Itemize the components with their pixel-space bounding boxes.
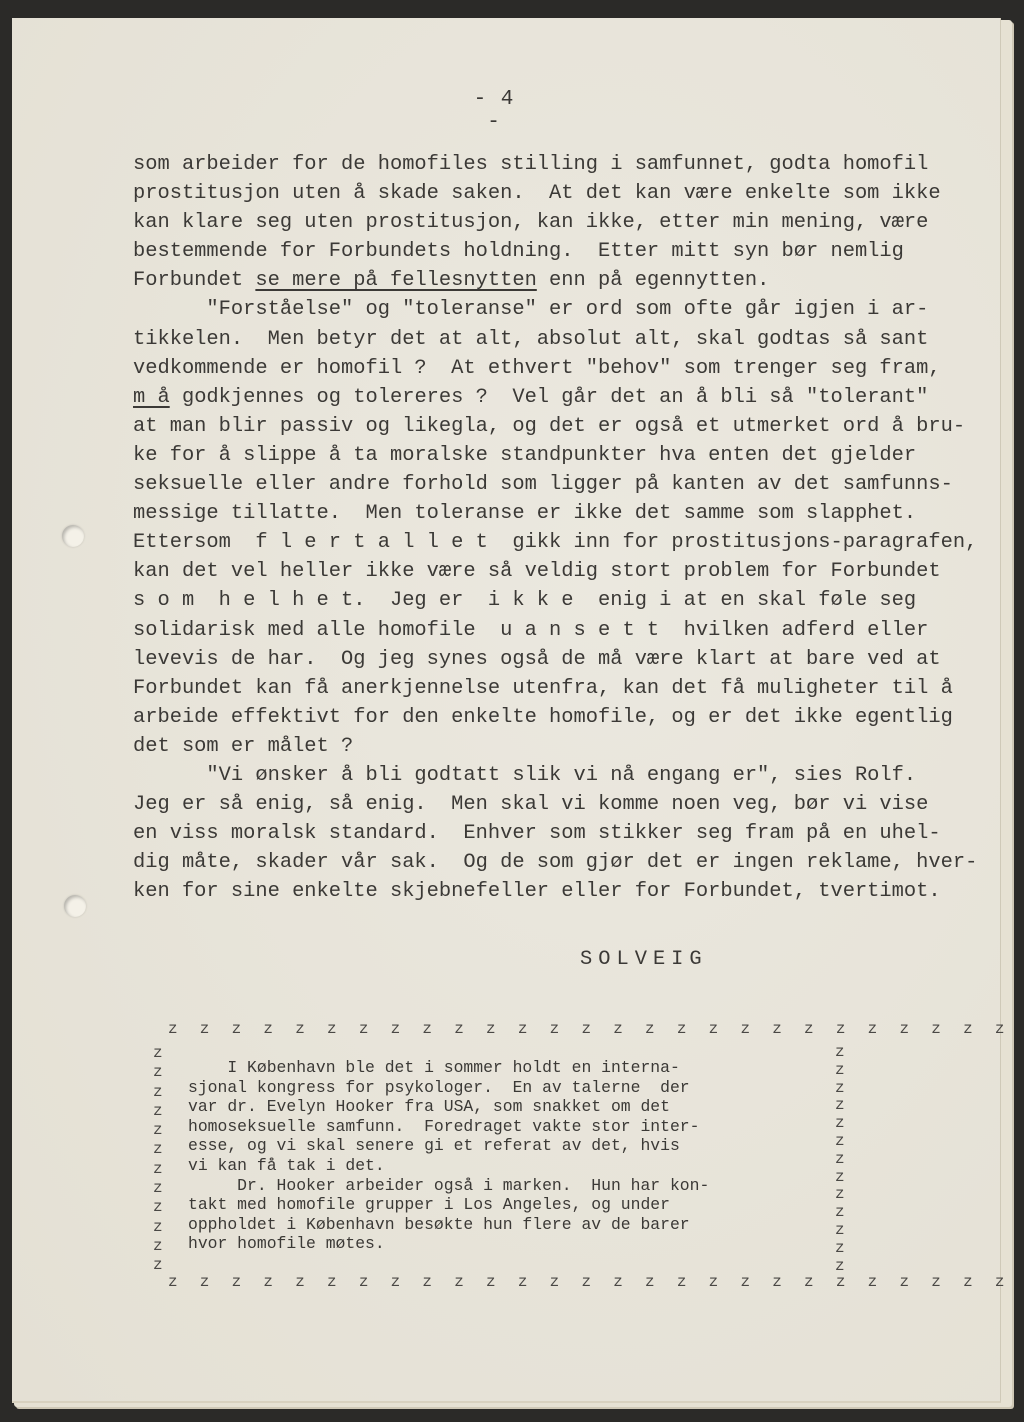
text-line: Ettersom f l e r t a l l e t gikk inn fo… xyxy=(133,528,963,557)
author-signature: SOLVEIG xyxy=(580,948,708,971)
text-line: kan klare seg uten prostitusjon, kan ikk… xyxy=(133,208,963,237)
punch-hole-icon xyxy=(64,895,86,917)
text-line: Forbundet se mere på fellesnytten enn på… xyxy=(133,266,963,295)
notice-box: z z z z z z z z z z z z z z z z z z z z … xyxy=(140,1018,840,1308)
notice-line: takt med homofile grupper i Los Angeles,… xyxy=(188,1195,709,1215)
text-line: levevis de har. Og jeg synes også de må … xyxy=(133,645,963,674)
text-line: s o m h e l h e t. Jeg er i k k e enig i… xyxy=(133,586,963,615)
text-line: tikkelen. Men betyr det at alt, absolut … xyxy=(133,325,963,354)
text-line: solidarisk med alle homofile u a n s e t… xyxy=(133,616,963,645)
text-line: kan det vel heller ikke være så veldig s… xyxy=(133,557,963,586)
text-line: at man blir passiv og likegla, og det er… xyxy=(133,412,963,441)
text-line: dig måte, skader vår sak. Og de som gjør… xyxy=(133,848,963,877)
text-line: prostitusjon uten å skade saken. At det … xyxy=(133,179,963,208)
notice-line: var dr. Evelyn Hooker fra USA, som snakk… xyxy=(188,1097,709,1117)
notice-line: oppholdet i København besøkte hun flere … xyxy=(188,1215,709,1235)
text-line: Jeg er så enig, så enig. Men skal vi kom… xyxy=(133,790,963,819)
text-line: messige tillatte. Men toleranse er ikke … xyxy=(133,499,963,528)
notice-box-right-border: z z z z z z z z z z z z z xyxy=(835,1044,845,1275)
notice-box-bottom-border: z z z z z z z z z z z z z z z z z z z z … xyxy=(168,1273,1011,1291)
notice-box-left-border: z z z z z z z z z z z z xyxy=(153,1044,163,1276)
text-line: Forbundet kan få anerkjennelse utenfra, … xyxy=(133,674,963,703)
notice-line: hvor homofile møtes. xyxy=(188,1234,709,1254)
underlined-phrase: m å xyxy=(133,386,170,409)
underlined-phrase: se mere på fellesnytten xyxy=(255,269,536,292)
text-line: seksuelle eller andre forhold som ligger… xyxy=(133,470,963,499)
typewritten-page: - 4 - som arbeider for de homofiles stil… xyxy=(12,18,1001,1403)
text-line: m å godkjennes og tolereres ? Vel går de… xyxy=(133,383,963,412)
notice-text: I København ble det i sommer holdt en in… xyxy=(188,1058,709,1254)
notice-line: homoseksuelle samfunn. Foredraget vakte … xyxy=(188,1117,709,1137)
text-line: ken for sine enkelte skjebnefeller eller… xyxy=(133,877,963,906)
text-line: "Forståelse" og "toleranse" er ord som o… xyxy=(133,295,963,324)
text-line: som arbeider for de homofiles stilling i… xyxy=(133,150,963,179)
notice-line: Dr. Hooker arbeider også i marken. Hun h… xyxy=(188,1176,709,1196)
page-number: - 4 - xyxy=(462,88,526,134)
text-line: bestemmende for Forbundets holdning. Ett… xyxy=(133,237,963,266)
text-line: det som er målet ? xyxy=(133,732,963,761)
text-line: en viss moralsk standard. Enhver som sti… xyxy=(133,819,963,848)
notice-line: I København ble det i sommer holdt en in… xyxy=(188,1058,709,1078)
text-line: vedkommende er homofil ? At ethvert "beh… xyxy=(133,354,963,383)
notice-box-top-border: z z z z z z z z z z z z z z z z z z z z … xyxy=(168,1020,1011,1038)
punch-hole-icon xyxy=(62,525,84,547)
text-line: arbeide effektivt for den enkelte homofi… xyxy=(133,703,963,732)
text-line: ke for å slippe å ta moralske standpunkt… xyxy=(133,441,963,470)
notice-line: vi kan få tak i det. xyxy=(188,1156,709,1176)
text-line: "Vi ønsker å bli godtatt slik vi nå enga… xyxy=(133,761,963,790)
notice-line: esse, og vi skal senere gi et referat av… xyxy=(188,1136,709,1156)
notice-line: sjonal kongress for psykologer. En av ta… xyxy=(188,1078,709,1098)
body-text: som arbeider for de homofiles stilling i… xyxy=(133,150,963,906)
